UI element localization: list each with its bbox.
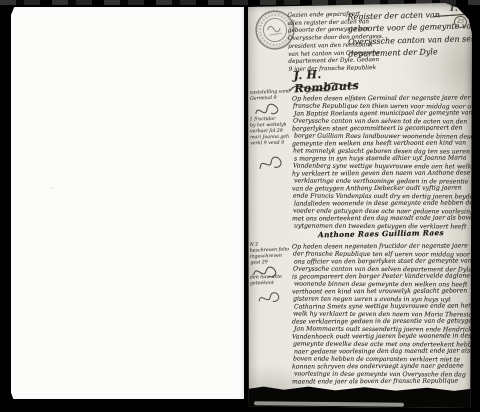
scanned-register-spread: Gezien ende geparafeertallen register de… <box>0 0 480 412</box>
paper-specks <box>51 187 53 189</box>
manuscript-recto-page: Gezien ende geparafeertallen register de… <box>248 3 472 408</box>
blank-verso-page <box>11 7 244 399</box>
entry-1-signatures: Anthone Raes Guilliam Raes <box>318 228 468 240</box>
margin-note-b: 1 fructidorby het wettelykverbael fol 29… <box>250 117 293 148</box>
title-line: departement der Dyle <box>348 46 470 62</box>
register-title: Register der acten vangeboorte voor de g… <box>347 8 470 61</box>
manuscript-line: maendt ende jaer als boven der fransche … <box>292 377 470 386</box>
birth-act-entry-1: Op heden desen elfsten Germinal der nege… <box>292 95 470 230</box>
folio-number: 1. <box>449 4 458 14</box>
margin-line: verkl 9 vend 9 <box>250 141 292 148</box>
birth-act-entry-2: Op heden desen negensten fructidor der n… <box>292 243 470 386</box>
paraph-flourish <box>253 147 286 175</box>
